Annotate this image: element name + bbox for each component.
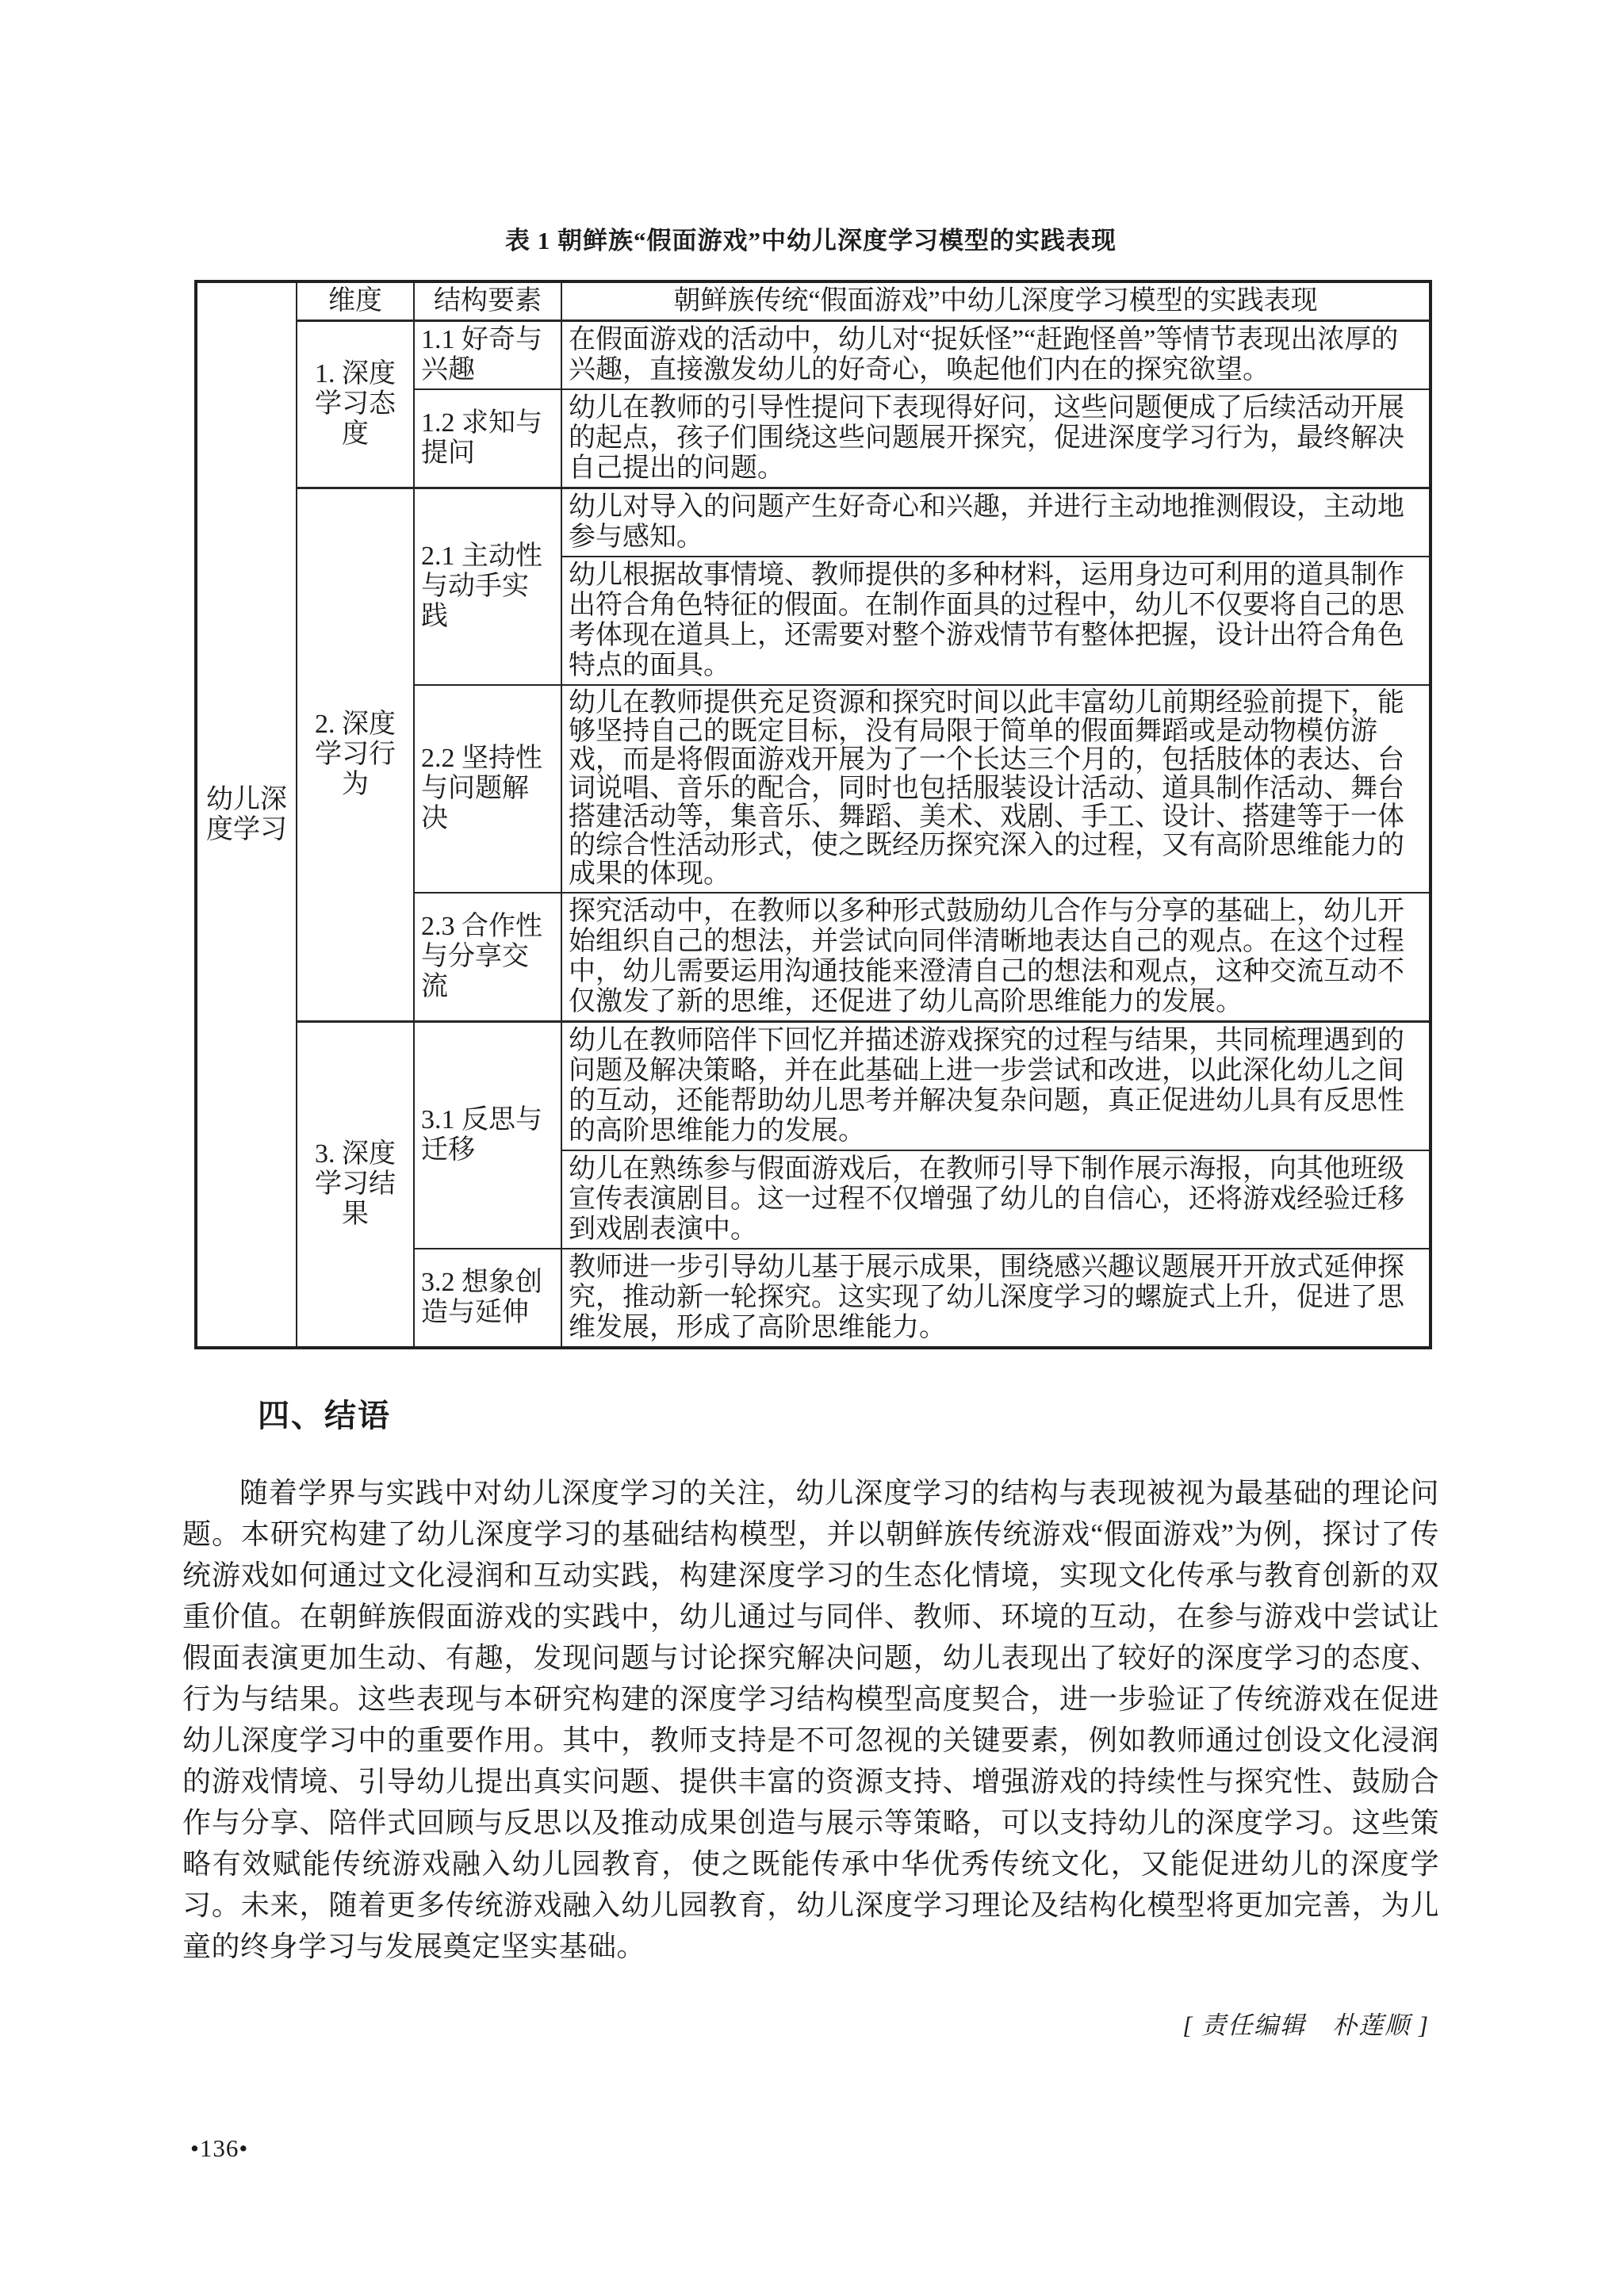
content-cell-1-1: 在假面游戏的活动中，幼儿对“捉妖怪”“赶跑怪兽”等情节表现出浓厚的兴趣，直接激发…: [561, 321, 1431, 390]
content-cell-2-1a: 幼儿对导入的问题产生好奇心和兴趣，并进行主动地推测假设，主动地参与感知。: [561, 488, 1431, 557]
content-cell-2-3: 探究活动中，在教师以多种形式鼓励幼儿合作与分享的基础上，幼儿开始组织自己的想法，…: [561, 893, 1431, 1022]
category-cell: 幼儿深度学习: [196, 281, 297, 1348]
content-cell-3-1a: 幼儿在教师陪伴下回忆并描述游戏探究的过程与结果，共同梳理遇到的问题及解决策略，并…: [561, 1022, 1431, 1151]
table-title: 表 1 朝鲜族“假面游戏”中幼儿深度学习模型的实践表现: [182, 220, 1439, 256]
dimension-cell-behavior: 2. 深度学习行为: [297, 488, 414, 1022]
element-cell-2-3: 2.3 合作性与分享交流: [414, 893, 561, 1022]
content-cell-1-2: 幼儿在教师的引导性提问下表现得好问，这些问题便成了后续活动开展的起点，孩子们围绕…: [561, 389, 1431, 488]
dimension-cell-result: 3. 深度学习结果: [297, 1022, 414, 1349]
page-content: 表 1 朝鲜族“假面游戏”中幼儿深度学习模型的实践表现 幼儿深度学习 维度 结构…: [182, 0, 1439, 2041]
document-page: 表 1 朝鲜族“假面游戏”中幼儿深度学习模型的实践表现 幼儿深度学习 维度 结构…: [0, 0, 1624, 2296]
element-cell-3-1: 3.1 反思与迁移: [414, 1022, 561, 1249]
header-cell-dimension: 维度: [297, 281, 414, 321]
content-cell-3-2: 教师进一步引导幼儿基于展示成果，围绕感兴趣议题展开开放式延伸探究，推动新一轮探究…: [561, 1249, 1431, 1348]
element-cell-1-1: 1.1 好奇与兴趣: [414, 321, 561, 390]
table-row: 3. 深度学习结果 3.1 反思与迁移 幼儿在教师陪伴下回忆并描述游戏探究的过程…: [196, 1022, 1431, 1151]
element-cell-1-2: 1.2 求知与提问: [414, 389, 561, 488]
content-cell-2-2: 幼儿在教师提供充足资源和探究时间以此丰富幼儿前期经验前提下，能够坚持自己的既定目…: [561, 685, 1431, 893]
element-cell-3-2: 3.2 想象创造与延伸: [414, 1249, 561, 1348]
practice-table: 幼儿深度学习 维度 结构要素 朝鲜族传统“假面游戏”中幼儿深度学习模型的实践表现…: [194, 280, 1432, 1349]
header-cell-element: 结构要素: [414, 281, 561, 321]
dimension-cell-attitude: 1. 深度学习态度: [297, 321, 414, 488]
table-row: 1. 深度学习态度 1.1 好奇与兴趣 在假面游戏的活动中，幼儿对“捉妖怪”“赶…: [196, 321, 1431, 390]
section-heading: 四、结语: [258, 1391, 1439, 1436]
editor-note: [ 责任编辑 朴莲顺 ]: [182, 2005, 1439, 2041]
page-number: •136•: [190, 2134, 248, 2163]
element-cell-2-1: 2.1 主动性与动手实践: [414, 488, 561, 686]
table-row: 2. 深度学习行为 2.1 主动性与动手实践 幼儿对导入的问题产生好奇心和兴趣，…: [196, 488, 1431, 557]
element-cell-2-2: 2.2 坚持性与问题解决: [414, 685, 561, 893]
table-header-row: 幼儿深度学习 维度 结构要素 朝鲜族传统“假面游戏”中幼儿深度学习模型的实践表现: [196, 281, 1431, 321]
content-cell-2-1b: 幼儿根据故事情境、教师提供的多种材料，运用身边可利用的道具制作出符合角色特征的假…: [561, 557, 1431, 685]
header-cell-performance: 朝鲜族传统“假面游戏”中幼儿深度学习模型的实践表现: [561, 281, 1431, 321]
conclusion-paragraph: 随着学界与实践中对幼儿深度学习的关注，幼儿深度学习的结构与表现被视为最基础的理论…: [182, 1472, 1439, 1967]
content-cell-3-1b: 幼儿在熟练参与假面游戏后，在教师引导下制作展示海报，向其他班级宣传表演剧目。这一…: [561, 1150, 1431, 1249]
